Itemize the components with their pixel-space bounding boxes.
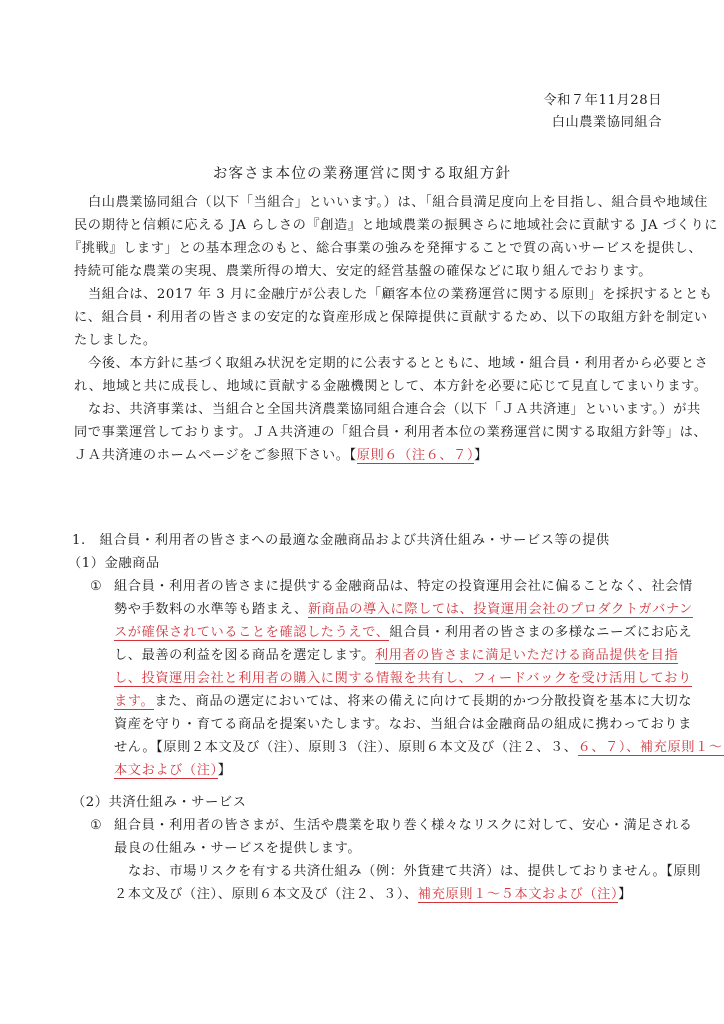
item-2-line1: 組合員・利用者の皆さまが、生活や農業を取り巻く様々なリスクに対して、安心・満足さ… — [114, 815, 693, 837]
intro-p2-line1: 当組合は、2017 年 3 月に金融庁が公表した「顧客本位の業務運営に関する原則… — [88, 284, 713, 306]
principle-reference: 原則６（注６、７） — [357, 448, 475, 464]
intro-p1-line2: 民の期待と信頼に応える JA らしさの『創造』と地域農業の振興さらに地域社会に貢… — [74, 215, 718, 237]
section-1-heading: 1. 組合員・利用者の皆さまへの最適な金融商品および共済仕組み・サービス等の提供 — [72, 530, 610, 552]
highlighted-text: 新商品の導入に際しては、投資運用会社のプロダクトガバナン — [308, 602, 693, 618]
item-2-line3: なお、市場リスクを有する共済仕組み（例：外貨建て共済）は、提供しておりません。【… — [128, 861, 701, 883]
intro-p2-line2: に、組合員・利用者の皆さまの安定的な資産形成と保障提供に貢献するため、以下の取組… — [74, 307, 708, 329]
item-1-line3: スが確保されていることを確認したうえで、組合員・利用者の皆さまの多様なニーズにお… — [114, 622, 692, 644]
intro-p1-line4: 持続可能な農業の実現、農業所得の増大、安定的経営基盤の確保などに取り組んでおりま… — [74, 261, 652, 283]
item-1-line2: 勢や手数料の水準等も踏まえ、新商品の導入に際しては、投資運用会社のプロダクトガバ… — [114, 599, 693, 621]
document-page: 令和７年11月28日 白山農業協同組合 お客さま本位の業務運営に関する取組方針 … — [0, 0, 724, 1024]
text-segment: し、最善の利益を図る商品を選定します。 — [114, 648, 375, 663]
bracket-close: 】 — [474, 448, 488, 463]
intro-p4-text: ＪＡ共済連のホームページをご参照下さい。 — [74, 448, 349, 463]
document-date: 令和７年11月28日 — [543, 90, 662, 112]
issuing-organization: 白山農業協同組合 — [552, 112, 662, 134]
subsection-1-heading: （1）金融商品 — [68, 553, 160, 575]
intro-p3-line2: れ、地域と共に成長し、地域に貢献する金融機関として、本方針を必要に応じて見直して… — [74, 376, 708, 398]
item-1-line5: し、投資運用会社と利用者の購入に関する情報を共有し、フィードバックを受け活用して… — [114, 668, 692, 690]
intro-p4-line2: 同で事業運営しております。ＪＡ共済連の「組合員・利用者本位の業務運営に関する取組… — [74, 422, 707, 444]
item-2-marker: ① — [90, 815, 102, 837]
document-title: お客さま本位の業務運営に関する取組方針 — [0, 163, 724, 185]
item-1-line4: し、最善の利益を図る商品を選定します。利用者の皆さまに満足いただける商品提供を目… — [114, 645, 678, 667]
item-1-line8: せん。【原則２本文及び（注）、原則３（注）、原則６本文及び（注２、３、６、７）、… — [114, 737, 724, 759]
intro-p4-line3: ＪＡ共済連のホームページをご参照下さい。【原則６（注６、７）】 — [74, 445, 488, 467]
highlighted-text: 補充原則１～５本文および（注） — [418, 887, 618, 903]
item-1-marker: ① — [90, 576, 102, 598]
text-segment: 勢や手数料の水準等も踏まえ、 — [114, 602, 308, 617]
intro-p2-line3: たしました。 — [74, 330, 157, 352]
item-2-line4: ２本文及び（注）、原則６本文及び（注２、３）、補充原則１～５本文および（注）】 — [114, 884, 632, 906]
bracket-close: 】 — [618, 887, 632, 902]
text-segment: 】 — [218, 763, 232, 778]
item-1-line9: 本文および（注）】 — [114, 760, 232, 782]
intro-p4-line1: なお、共済事業は、当組合と全国共済農業協同組合連合会（以下「ＪＡ共済連」といいま… — [88, 399, 701, 421]
highlighted-text: 本文および（注） — [114, 763, 218, 779]
item-1-line1: 組合員・利用者の皆さまに提供する金融商品は、特定の投資運用会社に偏ることなく、社… — [114, 576, 693, 598]
item-1-line6: ます。また、商品の選定においては、将来の備えに向けて長期的かつ分散投資を基本に大… — [114, 691, 692, 713]
text-segment: せん。【原則２本文及び（注）、原則３（注）、原則６本文及び（注２、３、 — [114, 740, 578, 755]
intro-p1-line1: 白山農業協同組合（以下「当組合」といいます。）は、「組合員満足度向上を目指し、組… — [88, 192, 708, 214]
highlighted-text: 利用者の皆さまに満足いただける商品提供を目指 — [375, 648, 678, 664]
highlighted-text: スが確保されていることを確認したうえで、 — [114, 625, 389, 641]
item-2-line2: 最良の仕組み・サービスを提供します。 — [114, 838, 361, 860]
intro-p3-line1: 今後、本方針に基づく取組み状況を定期的に公表するとともに、地域・組合員・利用者か… — [88, 353, 708, 375]
text-segment: ２本文及び（注）、原則６本文及び（注２、３）、 — [114, 887, 418, 902]
item-1-line7: 資産を守り・育てる商品を提案いたします。なお、当組合は金融商品の組成に携わってお… — [114, 714, 692, 736]
highlighted-text: し、投資運用会社と利用者の購入に関する情報を共有し、フィードバックを受け活用して… — [114, 671, 692, 687]
bracket-open: 【 — [349, 448, 356, 463]
intro-p1-line3: 『挑戦』します」との基本理念のもと、総合事業の強みを発揮することで質の高いサービ… — [68, 238, 702, 260]
text-segment: また、商品の選定においては、将来の備えに向けて長期的かつ分散投資を基本に大切な — [154, 694, 692, 709]
highlighted-text: ６、７）、補充原則１～５ — [578, 740, 724, 756]
highlighted-text: ます。 — [114, 694, 154, 710]
subsection-2-heading: （2）共済仕組み・サービス — [72, 792, 246, 814]
text-segment: 組合員・利用者の皆さまの多様なニーズにお応え — [389, 625, 692, 640]
